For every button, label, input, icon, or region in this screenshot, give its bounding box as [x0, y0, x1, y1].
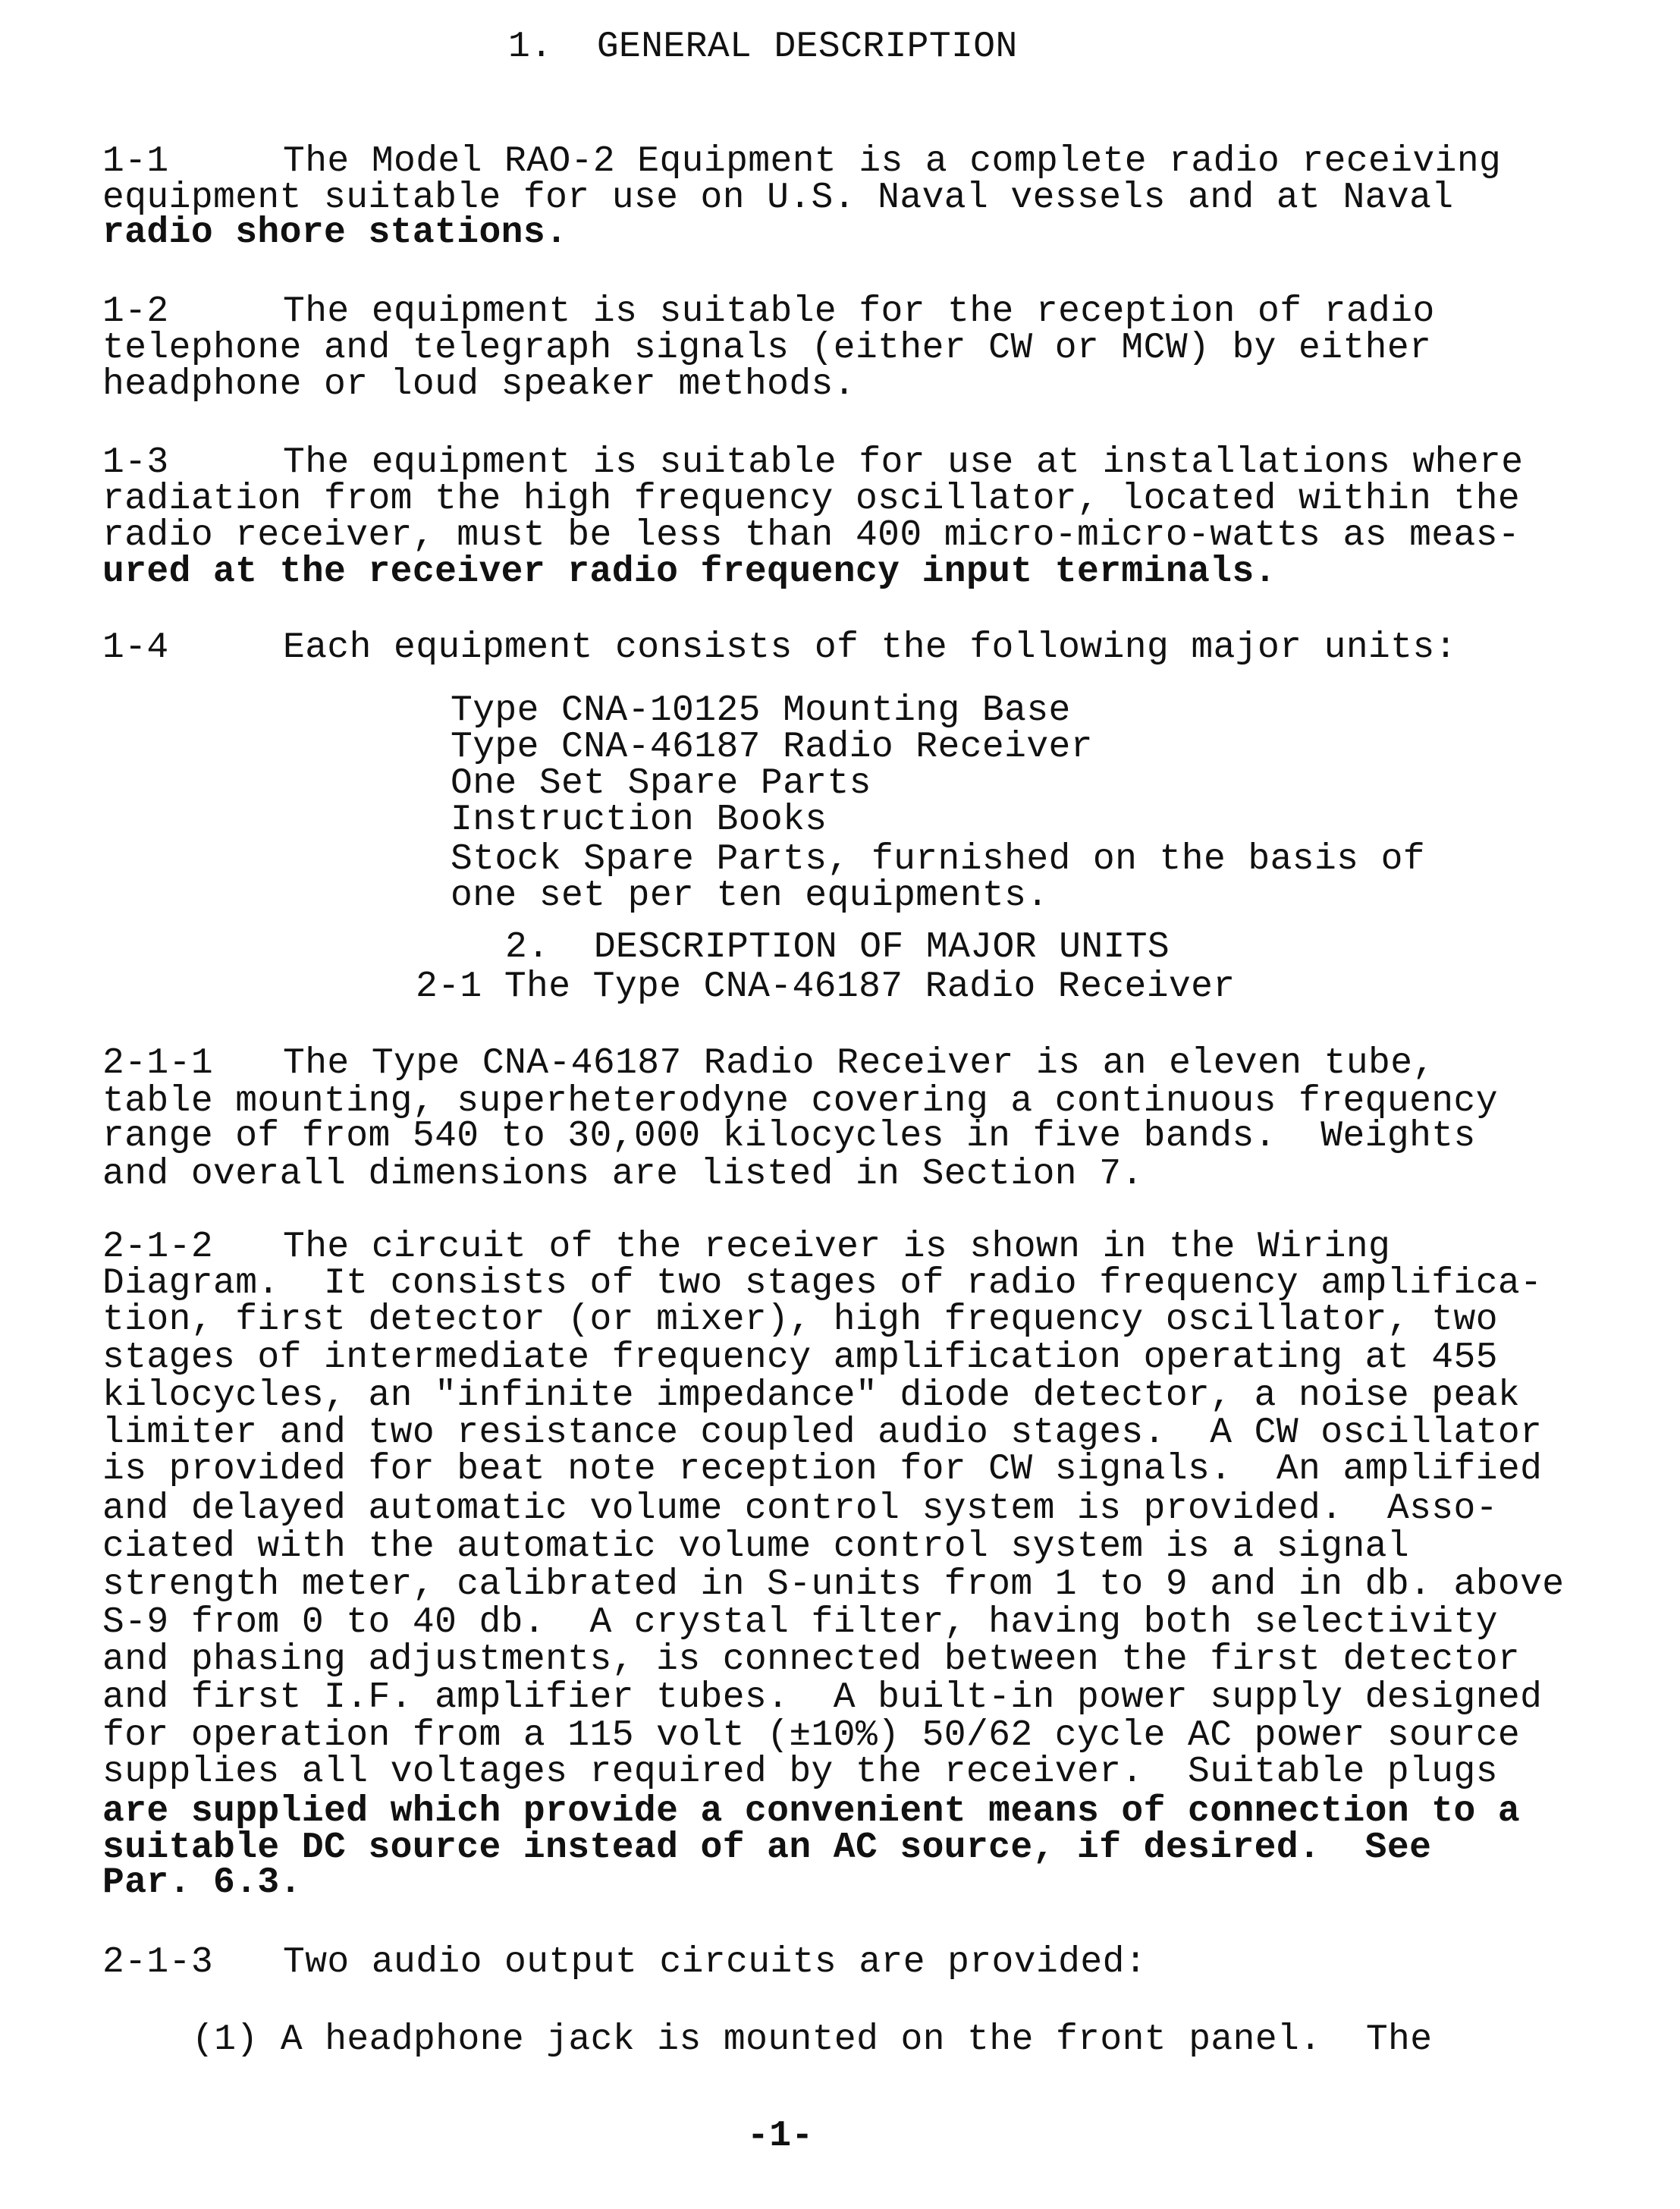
paragraph-number: 1-4	[102, 630, 169, 667]
list-item: one set per ten equipments.	[451, 878, 1049, 915]
paragraph-line: The Type CNA-46187 Radio Receiver is an …	[283, 1045, 1435, 1083]
paragraph-number: 2-1-2	[102, 1229, 213, 1266]
list-item: (1) A headphone jack is mounted on the f…	[192, 2022, 1432, 2059]
list-item: One Set Spare Parts	[451, 765, 871, 803]
paragraph-number: 1-1	[102, 143, 169, 181]
list-item: Type CNA-46187 Radio Receiver	[451, 729, 1093, 766]
paragraph-line: Two audio output circuits are provided:	[283, 1944, 1147, 1981]
paragraph-line: and first I.F. amplifier tubes. A built-…	[102, 1680, 1542, 1717]
list-item: Stock Spare Parts, furnished on the basi…	[451, 841, 1425, 878]
paragraph-line: strength meter, calibrated in S-units fr…	[102, 1566, 1565, 1604]
section-heading: 1. GENERAL DESCRIPTION	[508, 29, 1018, 66]
paragraph-line: Diagram. It consists of two stages of ra…	[102, 1265, 1542, 1302]
paragraph-line: The circuit of the receiver is shown in …	[283, 1229, 1390, 1266]
list-item: Instruction Books	[451, 802, 827, 839]
paragraph-line: The equipment is suitable for use at ins…	[283, 445, 1523, 482]
paragraph-line: The equipment is suitable for the recept…	[283, 294, 1435, 331]
section-heading: 2. DESCRIPTION OF MAJOR UNITS	[505, 929, 1170, 966]
list-item: Type CNA-10125 Mounting Base	[451, 693, 1071, 730]
paragraph-line: tion, first detector (or mixer), high fr…	[102, 1302, 1498, 1339]
paragraph-line: suitable DC source instead of an AC sour…	[102, 1830, 1431, 1867]
paragraph-line: S-9 from 0 to 40 db. A crystal filter, h…	[102, 1604, 1498, 1642]
paragraph-line: ciated with the automatic volume control…	[102, 1529, 1409, 1566]
paragraph-number: 2-1-1	[102, 1045, 213, 1083]
paragraph-line: are supplied which provide a convenient …	[102, 1793, 1520, 1830]
paragraph-line: is provided for beat note reception for …	[102, 1451, 1542, 1488]
paragraph-line: Each equipment consists of the following…	[283, 630, 1457, 667]
paragraph-line: radio receiver, must be less than 400 mi…	[102, 517, 1520, 555]
paragraph-line: limiter and two resistance coupled audio…	[102, 1415, 1542, 1452]
paragraph-line: and overall dimensions are listed in Sec…	[102, 1156, 1144, 1193]
paragraph-line: telephone and telegraph signals (either …	[102, 330, 1431, 367]
paragraph-line: kilocycles, an "infinite impedance" diod…	[102, 1378, 1520, 1415]
document-page: 1. GENERAL DESCRIPTION1-1The Model RAO-2…	[0, 0, 1680, 2209]
paragraph-line: and delayed automatic volume control sys…	[102, 1491, 1498, 1528]
paragraph-line: stages of intermediate frequency amplifi…	[102, 1340, 1498, 1377]
paragraph-number: 1-2	[102, 294, 169, 331]
paragraph-line: for operation from a 115 volt (±10%) 50/…	[102, 1717, 1520, 1755]
subsection-heading: 2-1 The Type CNA-46187 Radio Receiver	[416, 969, 1236, 1006]
paragraph-line: radiation from the high frequency oscill…	[102, 481, 1520, 518]
paragraph-line: ured at the receiver radio frequency inp…	[102, 554, 1276, 591]
paragraph-line: supplies all voltages required by the re…	[102, 1754, 1498, 1791]
paragraph-line: headphone or loud speaker methods.	[102, 366, 856, 404]
paragraph-number: 1-3	[102, 445, 169, 482]
paragraph-line: Par. 6.3.	[102, 1865, 302, 1902]
paragraph-line: range of from 540 to 30,000 kilocycles i…	[102, 1118, 1476, 1155]
paragraph-line: radio shore stations.	[102, 215, 567, 252]
paragraph-line: equipment suitable for use on U.S. Naval…	[102, 180, 1454, 217]
paragraph-number: 2-1-3	[102, 1944, 213, 1981]
paragraph-line: table mounting, superheterodyne covering…	[102, 1083, 1498, 1120]
paragraph-line: The Model RAO-2 Equipment is a complete …	[283, 143, 1501, 181]
page-number: -1-	[747, 2118, 814, 2155]
paragraph-line: and phasing adjustments, is connected be…	[102, 1642, 1520, 1679]
